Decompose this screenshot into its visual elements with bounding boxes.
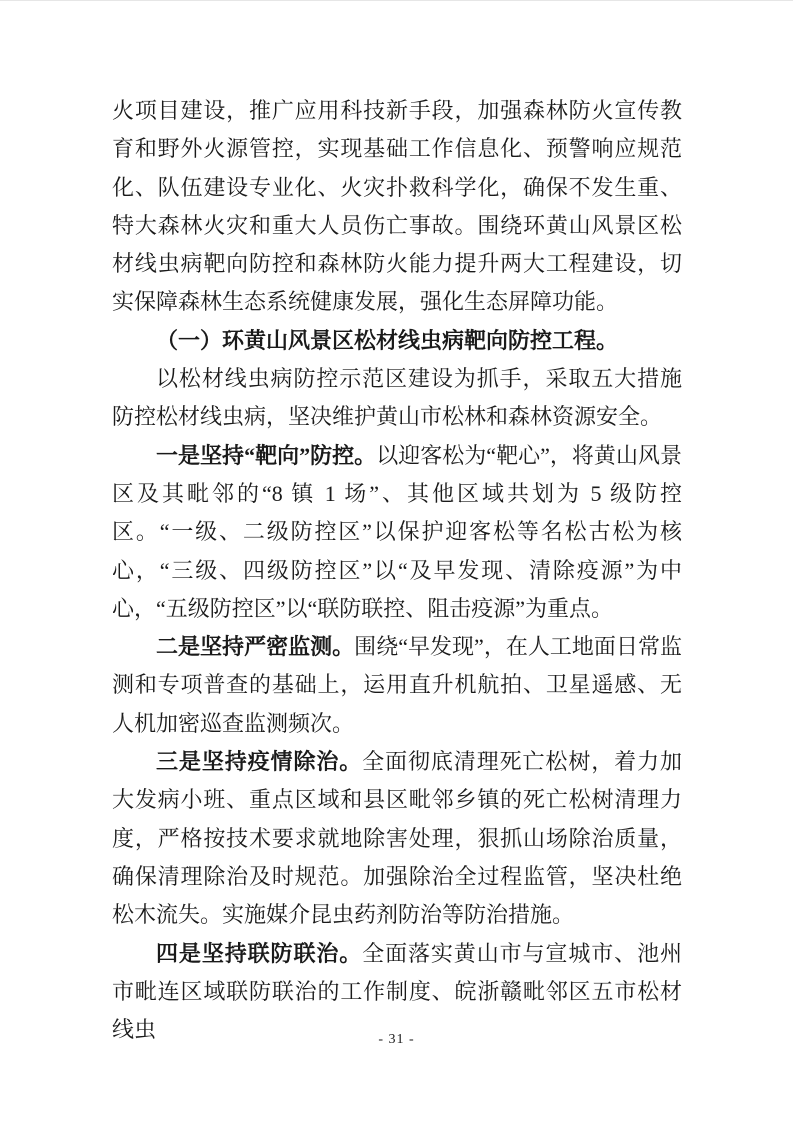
paragraph-text: 火项目建设，推广应用科技新手段，加强森林防火宣传教育和野外火源管控，实现基础工作… xyxy=(112,98,682,314)
paragraph-measure-3: 三是坚持疫情除治。全面彻底清理死亡松树，着力加大发病小班、重点区域和县区毗邻乡镇… xyxy=(112,743,682,934)
paragraph-measure-1: 一是坚持“靶向”防控。以迎客松为“靶心”，将黄山风景区及其毗邻的“8 镇 1 场… xyxy=(112,437,682,628)
paragraph-lead: 三是坚持疫情除治。 xyxy=(156,749,362,774)
paragraph-lead: 一是坚持“靶向”防控。 xyxy=(156,443,376,468)
page-number: - 31 - xyxy=(0,1032,793,1048)
paragraph-text: 全面彻底清理死亡松树，着力加大发病小班、重点区域和县区毗邻乡镇的死亡松树清理力度… xyxy=(112,749,682,927)
document-page: 火项目建设，推广应用科技新手段，加强森林防火宣传教育和野外火源管控，实现基础工作… xyxy=(0,1,793,1122)
paragraph-lead: 二是坚持严密监测。 xyxy=(156,634,354,659)
paragraph-text: 以松材线虫病防控示范区建设为抓手，采取五大措施防控松材线虫病，坚决维护黄山市松林… xyxy=(112,366,682,429)
section-heading: （一）环黄山风景区松材线虫病靶向防控工程。 xyxy=(112,322,682,360)
paragraph-lead: 四是坚持联防联治。 xyxy=(156,941,362,966)
paragraph-text: 以迎客松为“靶心”，将黄山风景区及其毗邻的“8 镇 1 场”、其他区域共划为 5… xyxy=(112,443,682,621)
section-heading-text: （一）环黄山风景区松材线虫病靶向防控工程。 xyxy=(156,328,618,353)
paragraph-intro: 以松材线虫病防控示范区建设为抓手，采取五大措施防控松材线虫病，坚决维护黄山市松林… xyxy=(112,360,682,437)
document-body: 火项目建设，推广应用科技新手段，加强森林防火宣传教育和野外火源管控，实现基础工作… xyxy=(112,92,682,1049)
paragraph-continuation: 火项目建设，推广应用科技新手段，加强森林防火宣传教育和野外火源管控，实现基础工作… xyxy=(112,92,682,322)
paragraph-measure-2: 二是坚持严密监测。围绕“早发现”，在人工地面日常监测和专项普查的基础上，运用直升… xyxy=(112,628,682,743)
